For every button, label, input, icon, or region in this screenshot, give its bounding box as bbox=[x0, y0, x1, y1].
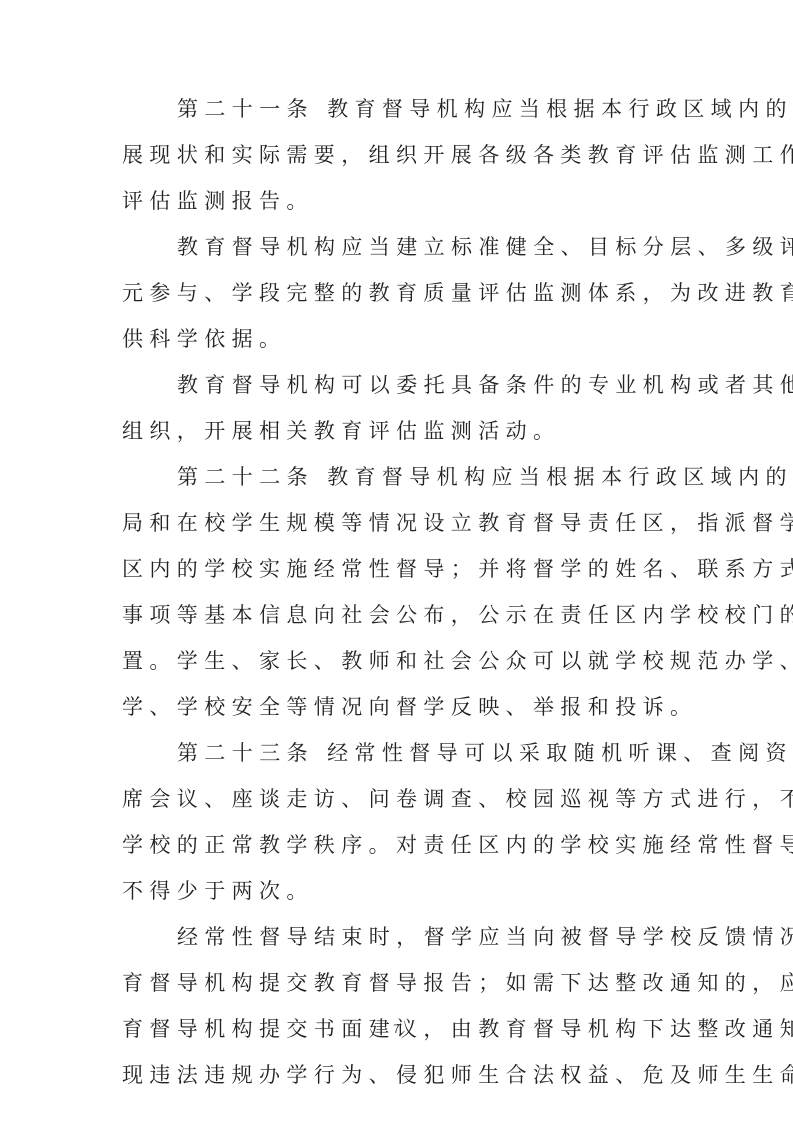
paragraph-article-23: 第二十三条 经常性督导可以采取随机听课、查阅资料、列 席会议、座谈走访、问卷调查… bbox=[122, 736, 674, 920]
text-line: 第二十三条 经常性督导可以采取随机听课、查阅资料、列 bbox=[122, 736, 674, 782]
text-line: 教育督导机构可以委托具备条件的专业机构或者其他社会 bbox=[122, 368, 674, 414]
text-line: 学、学校安全等情况向督学反映、举报和投诉。 bbox=[122, 690, 674, 736]
paragraph-evaluation-system: 教育督导机构应当建立标准健全、目标分层、多级评价、多 元参与、学段完整的教育质量… bbox=[122, 230, 674, 368]
paragraph-article-22: 第二十二条 教育督导机构应当根据本行政区域内的学校布 局和在校学生规模等情况设立… bbox=[122, 460, 674, 736]
text-line: 展现状和实际需要，组织开展各级各类教育评估监测工作，发布 bbox=[122, 138, 674, 184]
text-line: 评估监测报告。 bbox=[122, 184, 674, 230]
paragraph-supervision-end: 经常性督导结束时，督学应当向被督导学校反馈情况并向教 育督导机构提交教育督导报告… bbox=[122, 920, 674, 1104]
page-number: 7 bbox=[0, 1022, 793, 1036]
text-line: 置。学生、家长、教师和社会公众可以就学校规范办学、教育教 bbox=[122, 644, 674, 690]
text-line: 席会议、座谈走访、问卷调查、校园巡视等方式进行，不得影响 bbox=[122, 782, 674, 828]
text-line: 教育督导机构应当建立标准健全、目标分层、多级评价、多 bbox=[122, 230, 674, 276]
paragraph-article-21: 第二十一条 教育督导机构应当根据本行政区域内的教育发 展现状和实际需要，组织开展… bbox=[122, 92, 674, 230]
text-line: 事项等基本信息向社会公布，公示在责任区内学校校门的显著位 bbox=[122, 598, 674, 644]
text-line: 组织，开展相关教育评估监测活动。 bbox=[122, 414, 674, 460]
text-line: 局和在校学生规模等情况设立教育督导责任区，指派督学对责任 bbox=[122, 506, 674, 552]
text-line: 现违法违规办学行为、侵犯师生合法权益、危及师生生命安全隐 bbox=[122, 1058, 674, 1104]
text-line: 育督导机构提交教育督导报告；如需下达整改通知的，应当向教 bbox=[122, 966, 674, 1012]
text-line: 供科学依据。 bbox=[122, 322, 674, 368]
text-line: 第二十二条 教育督导机构应当根据本行政区域内的学校布 bbox=[122, 460, 674, 506]
paragraph-entrust-agencies: 教育督导机构可以委托具备条件的专业机构或者其他社会 组织，开展相关教育评估监测活… bbox=[122, 368, 674, 460]
text-line: 区内的学校实施经常性督导；并将督学的姓名、联系方式及督导 bbox=[122, 552, 674, 598]
text-line: 经常性督导结束时，督学应当向被督导学校反馈情况并向教 bbox=[122, 920, 674, 966]
text-line: 学校的正常教学秩序。对责任区内的学校实施经常性督导每学期 bbox=[122, 828, 674, 874]
text-line: 不得少于两次。 bbox=[122, 874, 674, 920]
document-page: 第二十一条 教育督导机构应当根据本行政区域内的教育发 展现状和实际需要，组织开展… bbox=[122, 92, 674, 1104]
text-line: 第二十一条 教育督导机构应当根据本行政区域内的教育发 bbox=[122, 92, 674, 138]
text-line: 元参与、学段完整的教育质量评估监测体系，为改进教育教学提 bbox=[122, 276, 674, 322]
